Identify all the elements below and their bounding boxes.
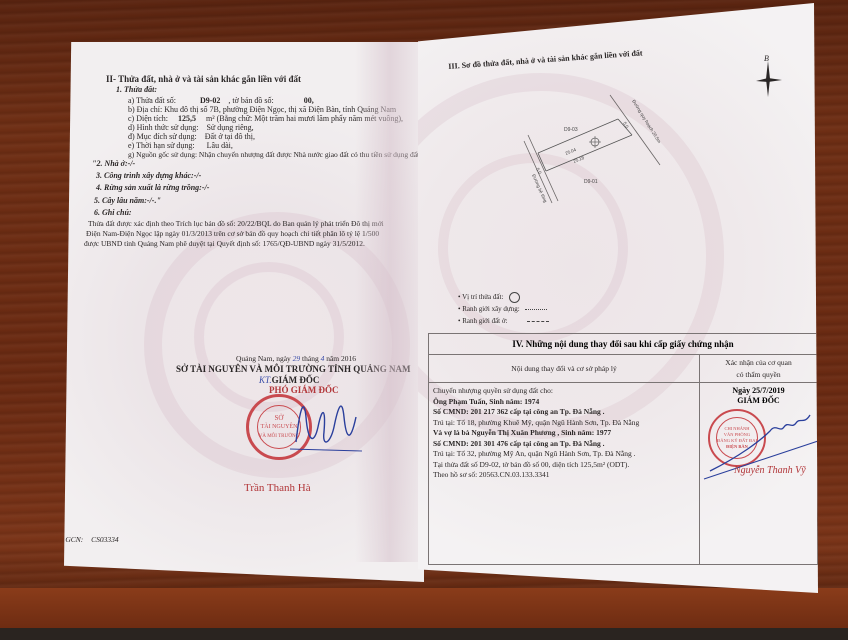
svg-text:25.18: 25.18 [573,155,586,164]
legend-parcel-location: • Vị trí thửa đất: [458,292,520,303]
changes-table: IV. Những nội dung thay đổi sau khi cấp … [428,333,818,565]
change-line: Ông Phạm Tuấn, Sinh năm: 1974 [433,397,695,408]
change-line: Và vợ là bà Nguyễn Thị Xuân Phương , Sin… [433,428,695,439]
parcel-diagram: D9-03 D9-01 25.04 25.18 5.0 5.0 Đường qu… [498,83,678,223]
svg-text:5.0: 5.0 [622,121,630,129]
confirm-date: Ngày 25/7/2019 [700,386,817,395]
col-confirm-line1: Xác nhận của cơ quan [700,357,817,369]
legend-label: Ranh giới đất ở: [462,317,507,325]
change-line: Chuyển nhượng quyền sử dụng đất cho: [433,386,695,397]
col-confirm-line2: có thẩm quyền [700,369,817,381]
change-line: Trú tại: Tổ 18, phường Khuê Mỹ, quận Ngũ… [433,418,695,429]
certificate-right-page: III. Sơ đồ thửa đất, nhà ở và tài sản kh… [418,3,818,593]
registry-label: Số vào sổ cấp GCN: [64,535,83,544]
place-date: Quảng Nam, ngày 29 tháng 4 năm 2016 [236,353,356,364]
registry-row: Số vào sổ cấp GCN: CS03334 [64,534,119,545]
col-content-header: Nội dung thay đổi và cơ sở pháp lý [429,355,700,383]
changes-title: IV. Những nội dung thay đổi sau khi cấp … [429,334,817,349]
confirm-cell: Ngày 25/7/2019 GIÁM ĐỐC CHI NHÁNH VĂN PH… [700,383,818,565]
other-construction: 3. Công trình xây dựng khác:-/- [96,170,201,181]
perennial-trees: 5. Cây lâu năm:-/-." [94,195,161,206]
change-line: Số CMND: 201 301 476 cấp tại công an Tp.… [433,439,695,450]
house: "2. Nhà ở:-/- [92,158,135,169]
registry-number: CS03334 [91,535,119,544]
change-line: Trú tại: Tổ 32, phường Mỹ An, quận Ngũ H… [433,449,695,460]
date-month-label: tháng [302,354,319,363]
table-edge [0,588,848,628]
changes-title-cell: IV. Những nội dung thay đổi sau khi cấp … [429,334,818,355]
date-day: 29 [293,354,301,363]
legend-construction-boundary: • Ranh giới xây dựng: [458,304,547,315]
floor [0,628,848,640]
legend-label: Vị trí thửa đất: [462,293,503,301]
change-content-cell: Chuyển nhượng quyền sử dụng đất cho:Ông … [429,383,700,565]
land-heading: 1. Thửa đất: [116,84,157,95]
legend-label: Ranh giới xây dựng: [462,305,519,313]
dashed-line-icon [527,321,549,322]
signer-name: Trần Thanh Hà [244,483,311,494]
col-confirm-header: Xác nhận của cơ quan có thẩm quyền [700,355,818,383]
svg-text:25.04: 25.04 [565,147,578,156]
director-label: GIÁM ĐỐC [272,375,320,385]
confirm-signer-name: Nguyễn Thanh Vỹ [734,465,806,476]
dotted-line-icon [525,309,547,310]
date-year: năm 2016 [326,354,356,363]
production-forest: 4. Rừng sản xuất là rừng trồng:-/- [96,182,209,193]
director-signature [286,387,366,457]
notes-heading: 6. Ghi chú: [94,207,132,218]
crosshair-icon [509,292,520,303]
place-date-prefix: Quảng Nam, ngày [236,354,291,363]
page-fold [355,42,425,562]
svg-text:D9-01: D9-01 [584,179,598,185]
section-iii-title: III. Sơ đồ thửa đất, nhà ở và tài sản kh… [448,47,643,72]
change-lines: Chuyển nhượng quyền sử dụng đất cho:Ông … [433,386,695,481]
date-month: 4 [321,354,325,363]
kt-prefix: KT. [259,375,272,385]
svg-text:Đường quy hoạch 20.5m: Đường quy hoạch 20.5m [631,99,662,144]
note-line-3: được UBND tỉnh Quảng Nam phê duyệt tại Q… [84,238,365,249]
svg-text:D9-03: D9-03 [564,127,578,133]
north-arrow-icon [754,59,784,99]
change-line: Số CMND: 201 217 362 cấp tại công an Tp.… [433,407,695,418]
change-line: Theo hồ sơ số: 20563.CN.03.133.3341 [433,470,695,481]
change-line: Tại thửa đất số D9-02, tờ bản đồ số 00, … [433,460,695,471]
legend-residential-boundary: • Ranh giới đất ở: [458,316,549,327]
